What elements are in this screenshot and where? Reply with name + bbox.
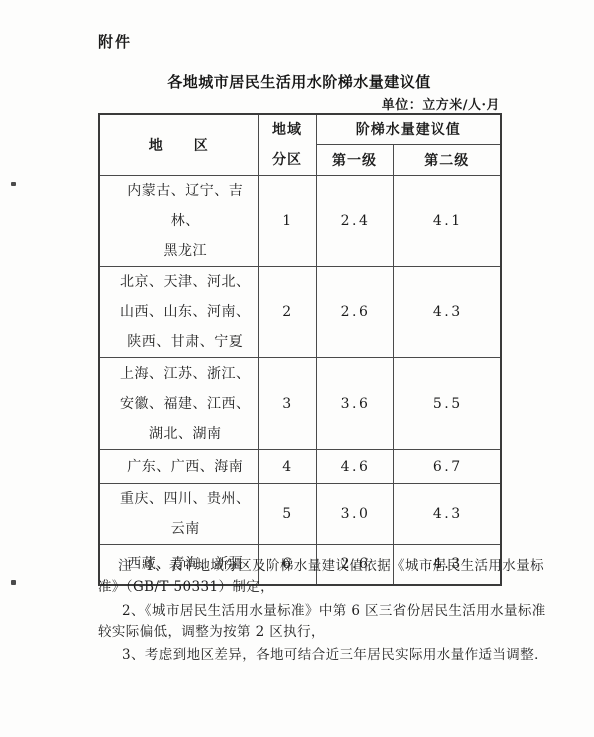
region-cell: 重庆、四川、贵州、 云南	[99, 484, 258, 545]
footnotes: 注 1、表中地域分区及阶梯水量建议值依据《城市居民生活用水量标 准》（GB/T …	[98, 556, 538, 669]
region-cell: 上海、江苏、浙江、 安徽、福建、江西、 湖北、湖南	[99, 358, 258, 450]
tier2-cell: 4.1	[393, 176, 501, 267]
tier2-cell: 4.3	[393, 267, 501, 358]
header-tier-group: 阶梯水量建议值	[316, 114, 501, 144]
tier2-cell: 4.3	[393, 484, 501, 545]
scan-speck	[11, 182, 16, 186]
table-row: 内蒙古、辽宁、吉林、 黑龙江 1 2.4 4.1	[99, 176, 501, 267]
header-tier1: 第一级	[316, 144, 393, 175]
page-title: 各地城市居民生活用水阶梯水量建议值	[88, 71, 510, 92]
header-tier2: 第二级	[393, 144, 501, 175]
footnote-2: 2、《城市居民生活用水量标准》中第 6 区三省份居民生活用水量标准 较实际偏低，…	[98, 601, 538, 643]
tiered-water-table: 地 区 地域 分区 阶梯水量建议值 第一级 第二级 内蒙古、辽宁、吉林、 黑龙江…	[98, 113, 502, 586]
tier1-cell: 4.6	[316, 450, 393, 484]
header-region: 地 区	[99, 114, 258, 176]
footnote-3: 3、考虑到地区差异，各地可结合近三年居民实际用水量作适当调整．	[98, 645, 538, 666]
table-row: 北京、天津、河北、 山西、山东、河南、 陕西、甘肃、宁夏 2 2.6 4.3	[99, 267, 501, 358]
table-row: 广东、广西、海南 4 4.6 6.7	[99, 450, 501, 484]
tier1-cell: 2.6	[316, 267, 393, 358]
attachment-label: 附件	[98, 31, 132, 52]
scan-speck	[11, 580, 16, 585]
header-zone: 地域 分区	[258, 114, 316, 176]
zone-cell: 3	[258, 358, 316, 450]
document-page: 附件 各地城市居民生活用水阶梯水量建议值 单位：立方米/人·月 地 区 地域 分…	[0, 0, 594, 737]
region-cell: 内蒙古、辽宁、吉林、 黑龙江	[99, 176, 258, 267]
zone-cell: 4	[258, 450, 316, 484]
tier1-cell: 2.4	[316, 176, 393, 267]
region-cell: 广东、广西、海南	[99, 450, 258, 484]
zone-cell: 5	[258, 484, 316, 545]
tier1-cell: 3.6	[316, 358, 393, 450]
table-row: 重庆、四川、贵州、 云南 5 3.0 4.3	[99, 484, 501, 545]
table-row: 上海、江苏、浙江、 安徽、福建、江西、 湖北、湖南 3 3.6 5.5	[99, 358, 501, 450]
tier2-cell: 6.7	[393, 450, 501, 484]
zone-cell: 1	[258, 176, 316, 267]
tier1-cell: 3.0	[316, 484, 393, 545]
region-cell: 北京、天津、河北、 山西、山东、河南、 陕西、甘肃、宁夏	[99, 267, 258, 358]
footnote-1: 注 1、表中地域分区及阶梯水量建议值依据《城市居民生活用水量标 准》（GB/T …	[98, 556, 538, 598]
tier2-cell: 5.5	[393, 358, 501, 450]
table-header-row-1: 地 区 地域 分区 阶梯水量建议值	[99, 114, 501, 144]
unit-label: 单位：立方米/人·月	[98, 94, 500, 113]
zone-cell: 2	[258, 267, 316, 358]
